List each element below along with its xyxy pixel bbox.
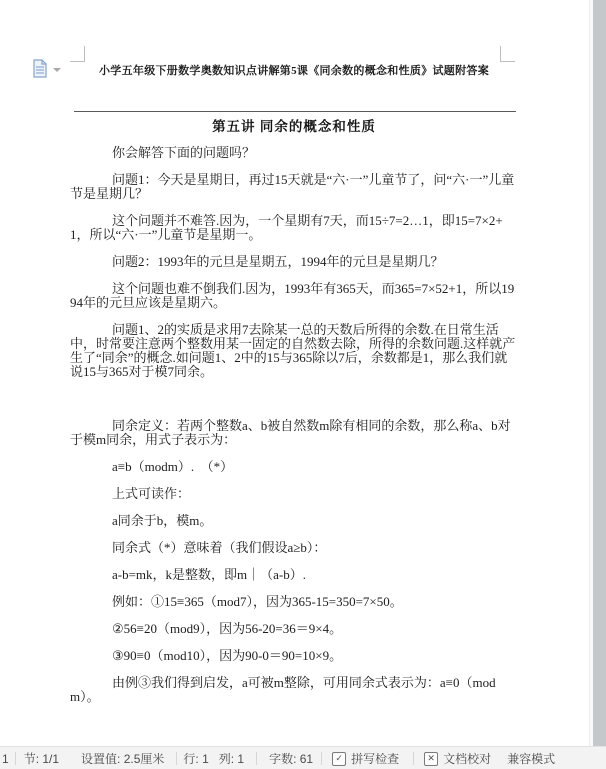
page-indicator-partial: 1 <box>2 752 9 766</box>
doc-paragraph: 这个问题也难不倒我们.因为，1993年有365天，而365=7×52+1，所以1… <box>70 282 519 310</box>
status-divider <box>15 752 16 765</box>
spell-check-toggle[interactable]: ✓ 拼写检查 <box>332 750 399 767</box>
status-bar: 1 节: 1/1 设置值: 2.5厘米 行: 1 列: 1 字数: 61 ✓ 拼… <box>0 746 606 769</box>
document-window: 小学五年级下册数学奥数知识点讲解第5课《同余数的概念和性质》试题附答案 第五讲 … <box>0 0 606 769</box>
doc-paragraph: 同余定义：若两个整数a、b被自然数m除有相同的余数，那么称a、b对于模m同余，用… <box>70 419 519 447</box>
doc-paragraph: 例如：①15≡365（mod7），因为365-15=350=7×50。 <box>70 595 519 609</box>
document-icon <box>32 59 48 78</box>
status-divider <box>413 752 414 765</box>
doc-paragraph: 你会解答下面的问题吗？ <box>70 146 519 160</box>
doc-paragraph: ③90≡0（mod10），因为90-0＝90=10×9。 <box>70 649 519 663</box>
text-boundary-mark-left <box>70 46 85 62</box>
doc-paragraph: 由例③我们得到启发，a可被m整除，可用同余式表示为：a≡0（modm）。 <box>70 676 519 704</box>
doc-paragraph: 这个问题并不难答.因为，一个星期有7天，而15÷7=2…1，即15=7×2+1，… <box>70 214 519 242</box>
doc-paragraph: ②56≡20（mod9），因为56-20=36＝9×4。 <box>70 622 519 636</box>
line-indicator: 行: 1 <box>183 750 208 767</box>
text-boundary-mark-right <box>500 46 515 62</box>
doc-paragraph: a-b=mk，k是整数，即m｜（a-b）. <box>70 568 519 582</box>
checkbox-crossed-icon: ✕ <box>424 752 438 766</box>
doc-paragraph: 问题1、2的实质是求用7去除某一总的天数后所得的余数.在日常生活中，时常要注意两… <box>70 323 519 379</box>
proofread-label: 文档校对 <box>443 750 491 767</box>
status-divider <box>176 752 177 765</box>
title-divider-line <box>74 111 516 112</box>
doc-paragraph: a同余于b，模m。 <box>70 514 519 528</box>
doc-paragraph: a≡b（modm）. （*） <box>70 460 519 474</box>
lesson-heading: 第五讲 同余的概念和性质 <box>70 115 518 135</box>
margin-setting-indicator: 设置值: 2.5厘米 <box>81 750 164 767</box>
document-header-title: 小学五年级下册数学奥数知识点讲解第5课《同余数的概念和性质》试题附答案 <box>70 62 518 78</box>
word-count-button[interactable]: 字数: 61 <box>269 750 313 767</box>
doc-paragraph: 问题2：1993年的元旦是星期五，1994年的元旦是星期几？ <box>70 255 519 269</box>
status-divider <box>321 752 322 765</box>
document-body: 你会解答下面的问题吗？ 问题1：今天是星期日，再过15天就是“六·一”儿童节了，… <box>70 146 519 717</box>
checkbox-checked-icon: ✓ <box>332 752 346 766</box>
status-divider <box>256 752 257 765</box>
doc-paragraph: 问题1：今天是星期日，再过15天就是“六·一”儿童节了，问“六·一”儿童节是星期… <box>70 173 519 201</box>
doc-paragraph-blank <box>70 392 519 406</box>
compatibility-mode-indicator: 兼容模式 <box>507 750 555 767</box>
floating-doc-tool-button[interactable] <box>32 59 61 78</box>
scrollbar-thumb[interactable] <box>593 0 606 746</box>
document-proofread-toggle[interactable]: ✕ 文档校对 <box>424 750 491 767</box>
spell-check-label: 拼写检查 <box>351 750 399 767</box>
vertical-scrollbar[interactable] <box>589 0 606 746</box>
column-indicator: 列: 1 <box>219 750 244 767</box>
doc-paragraph: 同余式（*）意味着（我们假设a≥b）： <box>70 541 519 555</box>
section-indicator: 节: 1/1 <box>24 750 59 767</box>
doc-paragraph: 上式可读作： <box>70 487 519 501</box>
chevron-down-icon[interactable] <box>53 68 61 72</box>
